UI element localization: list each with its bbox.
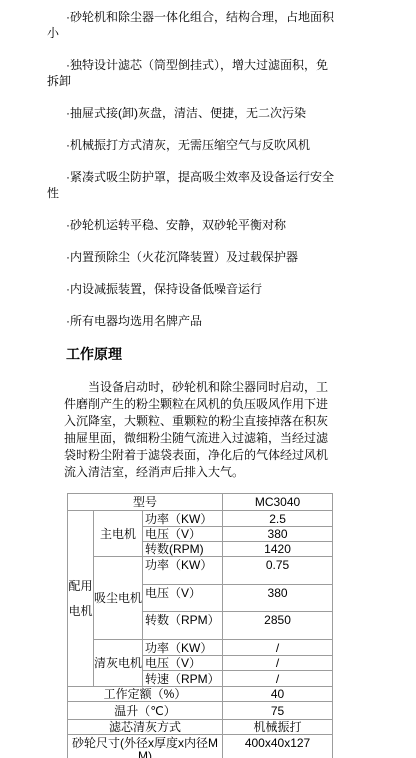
motor-name-cell: 吸尘电机 [94,557,143,640]
section-title: 工作原理 [66,347,416,362]
feature-item: ·砂轮机运转平稳、安静，双砂轮平衡对称 [47,217,337,233]
feature-item: ·内置预除尘（火花沉降装置）及过载保护器 [47,249,337,265]
summary-label-cell: 温升（℃） [68,702,223,720]
param-cell: 功率（KW） [143,640,223,656]
value-cell: 75 [223,702,333,720]
value-cell: / [223,640,333,656]
value-cell: 2.5 [223,511,333,527]
value-cell: 380 [223,527,333,542]
product-spec-page: ·砂轮机和除尘器一体化组合，结构合理，占地面积小 ·独特设计滤芯（筒型倒挂式），… [0,0,416,758]
param-cell: 转数（RPM） [143,612,223,640]
feature-item: ·独特设计滤芯（筒型倒挂式），增大过滤面积，免拆卸 [47,57,337,89]
motor-name-cell: 清灰电机 [94,640,143,687]
value-cell: / [223,671,333,687]
feature-item: ·所有电器均选用名牌产品 [47,313,337,329]
motor-group-cell: 配用电机 [68,511,94,687]
value-cell: / [223,656,333,671]
value-cell: 400x40x127 [223,735,333,758]
param-cell: 转速（RPM） [143,671,223,687]
model-value-cell: MC3040 [223,494,333,511]
param-cell: 电压（V） [143,585,223,612]
feature-item: ·内设减振装置，保持设备低噪音运行 [47,281,337,297]
table-row: 工作定额（%） 40 [68,687,333,702]
feature-item: ·紧凑式吸尘防护罩，提高吸尘效率及设备运行安全性 [47,169,337,201]
table-row: 型号 MC3040 [68,494,333,511]
table-row: 清灰电机 功率（KW） / [68,640,333,656]
table-row: 温升（℃） 75 [68,702,333,720]
value-cell: 380 [223,585,333,612]
working-principle-paragraph: 当设备启动时，砂轮机和除尘器同时启动，工件磨削产生的粉尘颗粒在风机的负压吸风作用… [64,379,336,481]
value-cell: 2850 [223,612,333,640]
param-cell: 电压（V） [143,656,223,671]
table-row: 滤芯清灰方式 机械振打 [68,720,333,735]
feature-item: ·机械振打方式清灰，无需压缩空气与反吹风机 [47,137,337,153]
model-label-cell: 型号 [68,494,223,511]
value-cell: 1420 [223,542,333,557]
param-cell: 功率（KW） [143,511,223,527]
param-cell: 转数(RPM) [143,542,223,557]
feature-list: ·砂轮机和除尘器一体化组合，结构合理，占地面积小 ·独特设计滤芯（筒型倒挂式），… [47,0,337,329]
value-cell: 0.75 [223,557,333,585]
param-cell: 电压（V） [143,527,223,542]
summary-label-cell: 砂轮尺寸(外径x厚度x内径MM) [68,735,223,758]
summary-label-cell: 工作定额（%） [68,687,223,702]
feature-item: ·抽屉式接(卸)灰盘，清洁、便捷，无二次污染 [47,105,337,121]
value-cell: 40 [223,687,333,702]
motor-name-cell: 主电机 [94,511,143,557]
feature-item: ·砂轮机和除尘器一体化组合，结构合理，占地面积小 [47,9,337,41]
table-row: 吸尘电机 功率（KW） 0.75 [68,557,333,585]
table-row: 砂轮尺寸(外径x厚度x内径MM) 400x40x127 [68,735,333,758]
summary-label-cell: 滤芯清灰方式 [68,720,223,735]
spec-table: 型号 MC3040 配用电机 主电机 功率（KW） 2.5 电压（V） 380 … [67,493,333,758]
param-cell: 功率（KW） [143,557,223,585]
table-row: 配用电机 主电机 功率（KW） 2.5 [68,511,333,527]
value-cell: 机械振打 [223,720,333,735]
